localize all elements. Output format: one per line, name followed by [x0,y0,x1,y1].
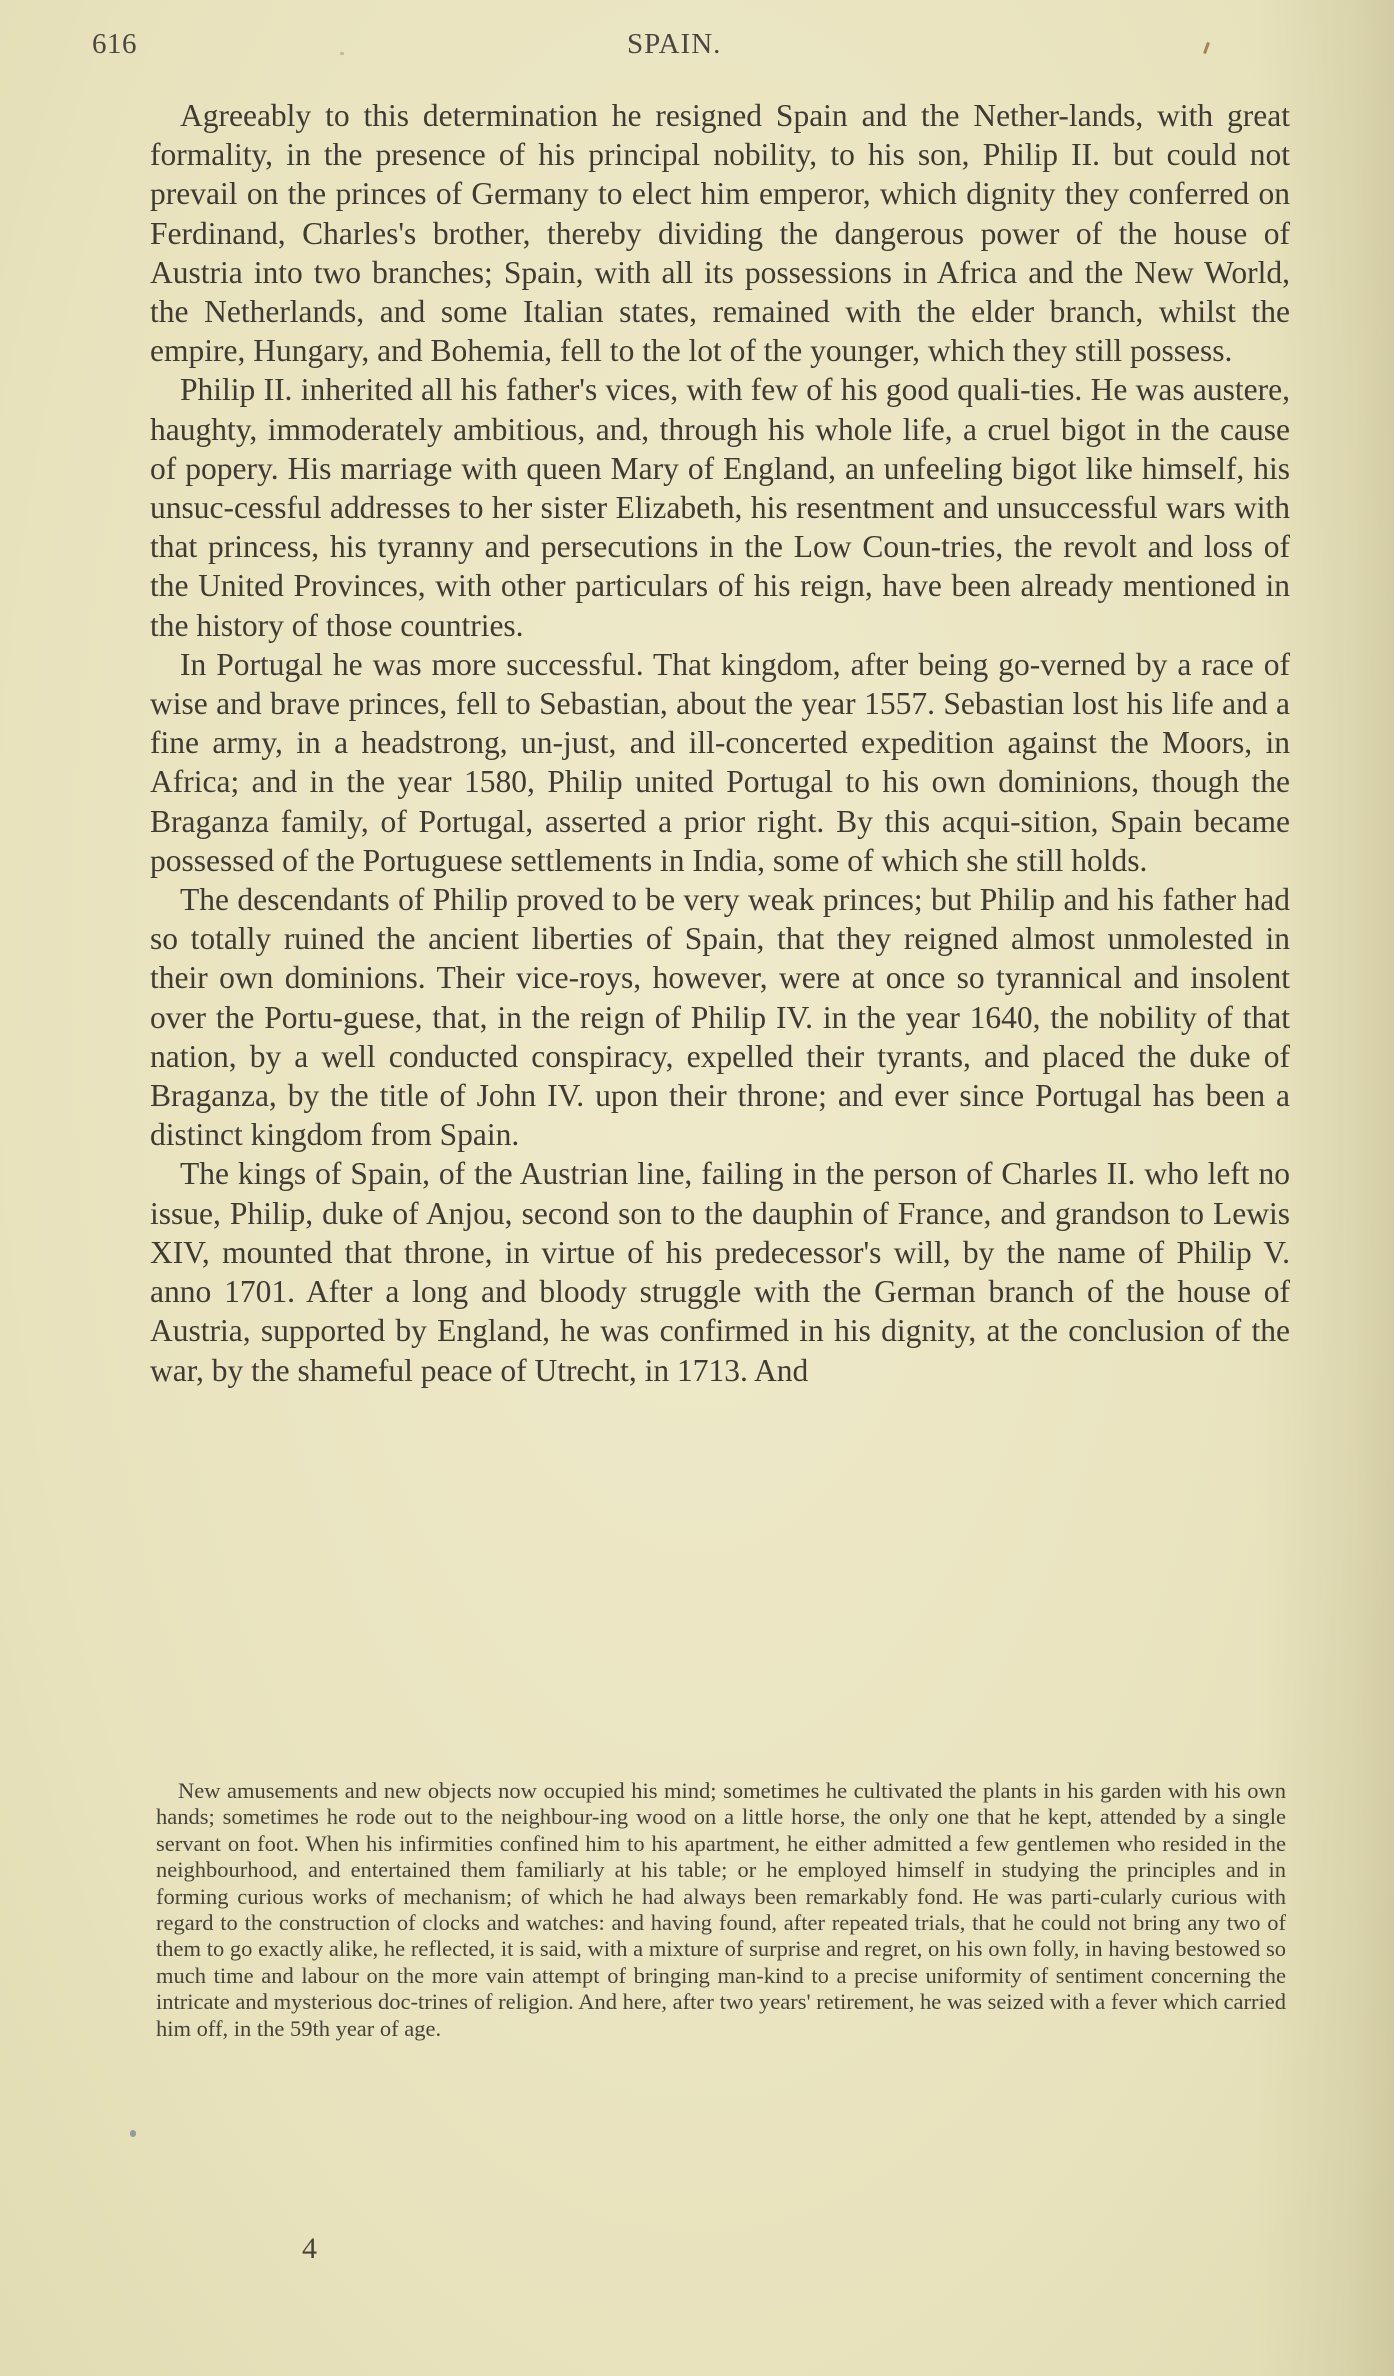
running-title: SPAIN. [627,28,721,61]
paragraph: Agreeably to this determination he resig… [150,96,1290,370]
page-number: 616 [92,28,137,61]
paragraph: Philip II. inherited all his father's vi… [150,370,1290,644]
footnote-text: New amusements and new objects now occup… [156,1778,1286,2042]
paper-speck [130,2130,136,2137]
paper-speck [340,52,344,55]
footnote: New amusements and new objects now occup… [156,1778,1286,2042]
signature-mark: 4 [302,2232,317,2266]
paragraph: The descendants of Philip proved to be v… [150,880,1290,1154]
paragraph: In Portugal he was more successful. That… [150,645,1290,880]
running-head: 616 SPAIN. [92,28,1292,68]
main-text: Agreeably to this determination he resig… [150,96,1290,1390]
paragraph: The kings of Spain, of the Austrian line… [150,1154,1290,1389]
